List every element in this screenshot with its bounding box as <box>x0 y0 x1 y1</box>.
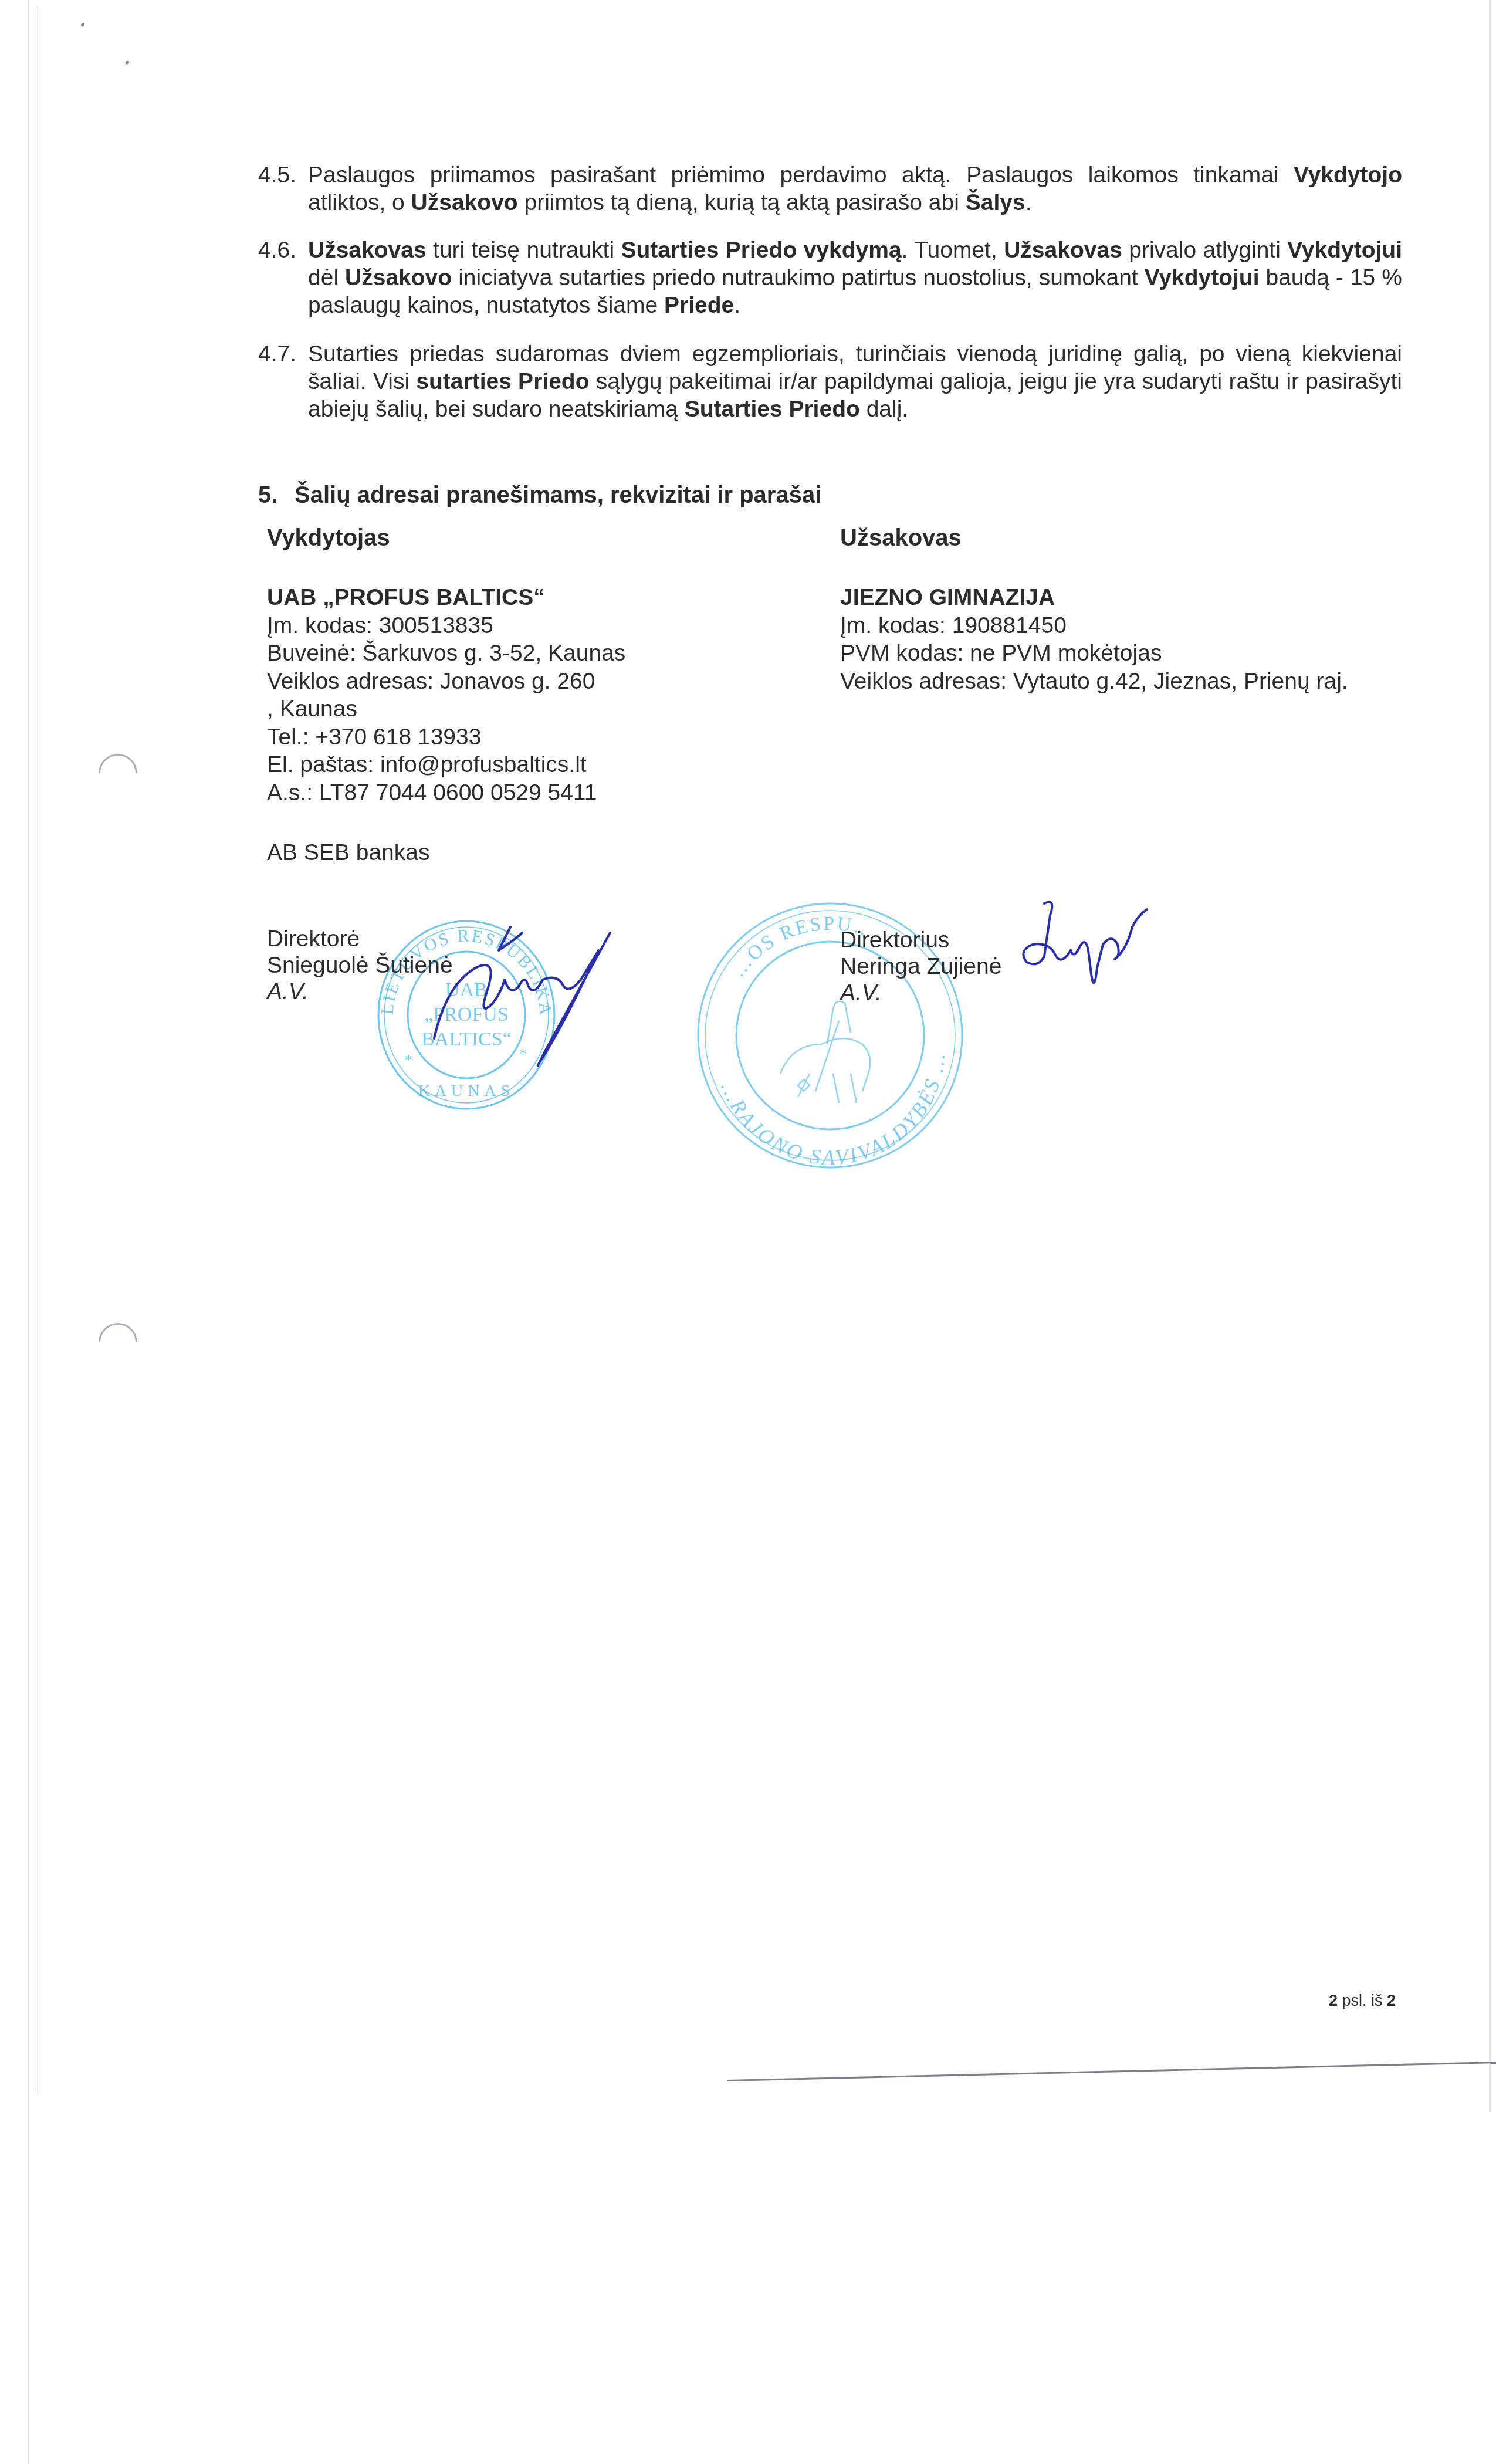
scan-speck <box>125 60 130 65</box>
client-heading: Užsakovas <box>840 525 962 551</box>
executor-signature <box>422 915 622 1079</box>
client-name: JIEZNO GIMNAZIJA <box>840 584 1348 612</box>
executor-heading: Vykdytojas <box>267 525 390 551</box>
clause-number: 4.6. <box>258 236 296 264</box>
client-company-code: Įm. kodas: 190881450 <box>840 612 1348 640</box>
client-business-address: Veiklos adresas: Vytauto g.42, Jieznas, … <box>840 668 1348 696</box>
section-number: 5. <box>258 482 295 509</box>
clause-text: Sutarties priedas sudaromas dviem egzemp… <box>308 340 1402 423</box>
clause-4-5: 4.5. Paslaugos priimamos pasirašant priė… <box>258 161 1402 216</box>
scan-edge-left <box>28 0 29 2464</box>
svg-text:*: * <box>405 1051 412 1068</box>
punch-hole-mark <box>90 746 145 800</box>
clause-text: Užsakovas turi teisę nutraukti Sutarties… <box>308 236 1402 319</box>
executor-company-code: Įm. kodas: 300513835 <box>267 612 625 640</box>
client-signatory-name: Neringa Zujienė <box>840 953 1001 980</box>
scan-edge-right <box>1489 0 1491 2112</box>
client-signatory: Direktorius Neringa Zujienė A.V. <box>840 927 1001 1006</box>
section-title: 5.Šalių adresai pranešimams, rekvizitai … <box>258 482 821 509</box>
executor-bank: AB SEB bankas <box>267 840 430 866</box>
executor-email: El. paštas: info@profusbaltics.lt <box>267 751 625 779</box>
punch-hole-mark <box>90 1315 145 1369</box>
client-signature <box>1015 892 1167 1009</box>
page-number: 2 psl. iš 2 <box>1329 1992 1396 2010</box>
client-vat-code: PVM kodas: ne PVM mokėtojas <box>840 639 1348 668</box>
clause-number: 4.7. <box>258 340 296 368</box>
executor-details: UAB „PROFUS BALTICS“ Įm. kodas: 30051383… <box>267 584 625 807</box>
executor-bank-account: A.s.: LT87 7044 0600 0529 5411 <box>267 779 625 807</box>
client-details: JIEZNO GIMNAZIJA Įm. kodas: 190881450 PV… <box>840 584 1348 695</box>
client-seal-mark: A.V. <box>840 980 1001 1006</box>
executor-registered-address: Buveinė: Šarkuvos g. 3-52, Kaunas <box>267 639 625 668</box>
section-title-text: Šalių adresai pranešimams, rekvizitai ir… <box>295 482 821 508</box>
document-page: 4.5. Paslaugos priimamos pasirašant priė… <box>0 0 1496 2464</box>
executor-phone: Tel.: +370 618 13933 <box>267 723 625 752</box>
clause-number: 4.5. <box>258 161 296 189</box>
clause-4-7: 4.7. Sutarties priedas sudaromas dviem e… <box>258 340 1402 423</box>
executor-business-address-city: , Kaunas <box>267 695 625 723</box>
scan-speck <box>80 23 85 27</box>
scan-edge-left-inner <box>37 6 38 2094</box>
scan-bottom-line <box>727 2062 1496 2081</box>
executor-name: UAB „PROFUS BALTICS“ <box>267 584 625 612</box>
clause-text: Paslaugos priimamos pasirašant priėmimo … <box>308 161 1402 216</box>
svg-text:KAUNAS: KAUNAS <box>418 1082 515 1100</box>
svg-text:…RAJONO SAVIVALDYBĖS …: …RAJONO SAVIVALDYBĖS … <box>716 1050 949 1169</box>
executor-business-address: Veiklos adresas: Jonavos g. 260 <box>267 668 625 696</box>
client-signatory-title: Direktorius <box>840 927 1001 953</box>
clause-4-6: 4.6. Užsakovas turi teisę nutraukti Suta… <box>258 236 1402 319</box>
